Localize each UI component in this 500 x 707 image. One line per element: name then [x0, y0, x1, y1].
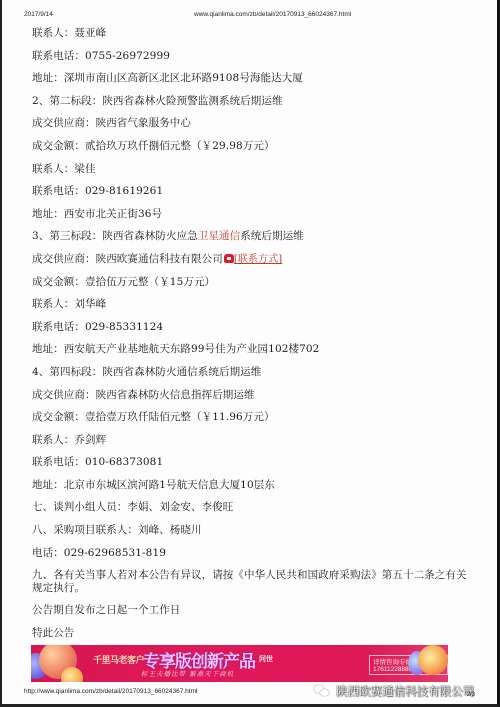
- negotiation-team: 七、谈判小组人员：李娟、刘金安、李俊旺: [32, 496, 472, 519]
- text-line: 成交金额：壹拾壹万玖仟陆佰元整（￥11.96万元）: [32, 406, 472, 429]
- text-line: 联系电话：029-85331124: [32, 316, 472, 339]
- text-line: 成交供应商：陕西省气象服务中心: [32, 112, 472, 135]
- text-line: 成交金额：贰拾玖万玖仟捌佰元整（￥29.98万元）: [32, 135, 472, 158]
- lot-3-supplier: 成交供应商：陕西欧赛通信科技有限公司[联系方式]: [32, 248, 472, 271]
- wechat-icon: [314, 685, 330, 697]
- banner-tag: 问世: [259, 654, 273, 664]
- phone-icon: [224, 254, 234, 263]
- text-line: 联系电话：0755-26972999: [32, 45, 472, 68]
- text-line: 联系人：聂亚峰: [32, 22, 472, 45]
- ad-banner[interactable]: 千里马老客户 专享版创新产品 问世 标王夫播比带 繁燕天下商机 详情咨询专线：1…: [31, 645, 448, 682]
- text-line: 联系人：乔剑辉: [32, 429, 472, 452]
- document-page: 2017/9/14 www.qianlima.com/zb/detail/201…: [0, 0, 500, 707]
- watermark-text: 陕西欧赛通信科技有限公司: [336, 683, 474, 699]
- project-phone: 电话：029-62968531-819: [32, 542, 472, 565]
- print-url: www.qianlima.com/zb/detail/20170913_6602…: [194, 11, 351, 18]
- text-line: 成交金额：壹拾伍万元整（￥15万元）: [32, 271, 472, 294]
- text-line: 地址：西安市北关正街36号: [32, 203, 472, 226]
- text-line: 特此公告: [32, 622, 472, 645]
- lot-4-heading: 4、第四标段：陕西省森林防火通信系统后期运维: [32, 361, 472, 384]
- balloons-decoration: [31, 645, 86, 682]
- balloons-decoration: [414, 645, 448, 682]
- text-line: 公告期自发布之日起一个工作日: [32, 599, 472, 622]
- wechat-watermark: 陕西欧赛通信科技有限公司: [314, 680, 474, 702]
- print-date: 2017/9/14: [24, 11, 53, 18]
- announcement-body: 联系人：聂亚峰 联系电话：0755-26972999 地址：深圳市南山区高新区北…: [32, 22, 472, 681]
- lot-3-prefix: 3、第三标段：陕西省森林防火应急: [32, 230, 198, 242]
- page-number: 2/3: [467, 692, 475, 698]
- text-line: 成交供应商：陕西省森林防火信息指挥后期运维: [32, 384, 472, 407]
- text-line: 联系人：刘华峰: [32, 293, 472, 316]
- text-line: 地址：深圳市南山区高新区北区北环路9108号海能达大厦: [32, 67, 472, 90]
- lot-3-heading: 3、第三标段：陕西省森林防火应急卫星通信系统后期运维: [32, 225, 472, 248]
- supplier-label: 成交供应商：陕西欧赛通信科技有限公司: [32, 253, 223, 265]
- print-header: 2017/9/14 www.qianlima.com/zb/detail/201…: [24, 11, 475, 21]
- banner-slogan: 标王夫播比带 繁燕天下商机: [141, 669, 234, 678]
- text-line: 联系电话：010-68373081: [32, 451, 472, 474]
- banner-small-title: 千里马老客户: [93, 653, 144, 666]
- lot-2-heading: 2、第二标段：陕西省森林火险预警监测系统后期运维: [32, 90, 472, 113]
- text-line: 地址：北京市东城区滨河路1号航天信息大厦10层东: [32, 474, 472, 497]
- text-line: 地址：西安航天产业基地航天东路99号佳为产业园102楼702: [32, 338, 472, 361]
- objection-notice: 九、各有关当事人若对本公告有异议，请按《中华人民共和国政府采购法》第五十二条之有…: [32, 564, 472, 599]
- keyword-highlight[interactable]: 卫星通信: [198, 230, 240, 242]
- text-line: 联系电话：029-81619261: [32, 180, 472, 203]
- project-contacts: 八、采购项目联系人：刘峰、杨晓川: [32, 519, 472, 542]
- lot-3-suffix: 系统后期运维: [240, 230, 304, 242]
- print-footer-url: http://www.qianlima.com/zb/detail/201709…: [24, 688, 197, 695]
- contact-info-link[interactable]: [联系方式]: [234, 254, 282, 265]
- text-line: 联系人：梁佳: [32, 158, 472, 181]
